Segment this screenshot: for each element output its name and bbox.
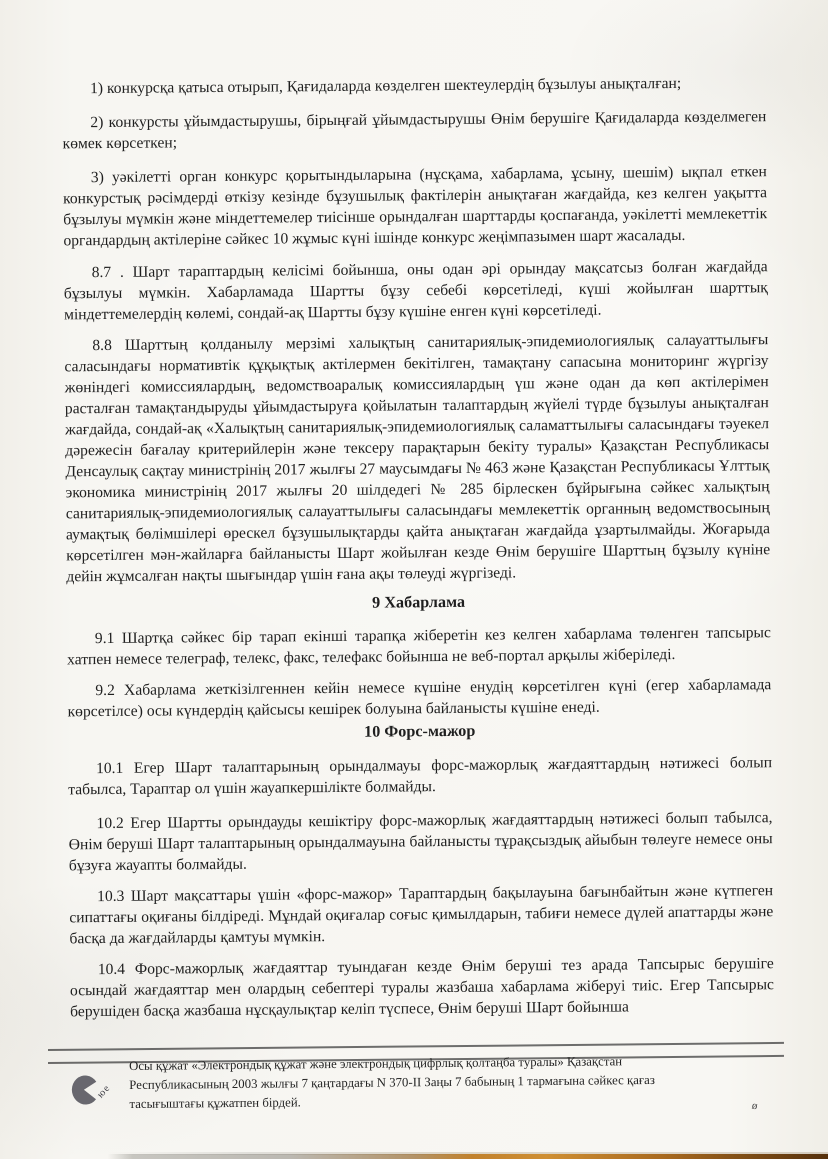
clause-10-4: 10.4 Форс-мажорлық жағдаяттар туындаған … [70, 953, 775, 1022]
section-9-heading: 9 Хабарлама [67, 589, 771, 616]
scanned-contract-page: 1) конкурсқа қатыса отырып, Қағидаларда … [0, 0, 828, 1159]
footer-separator-line-top [48, 1042, 784, 1051]
clause-10-3: 10.3 Шарт мақсаттары үшін «форс-мажор» Т… [69, 880, 774, 949]
clause-8-7: 8.7 . Шарт тараптардың келісімі бойынша,… [64, 256, 769, 325]
footer-legal-note: Осы құжат «Электрондық құжат және электр… [129, 1051, 718, 1114]
scan-bottom-edge [0, 1154, 828, 1159]
clause-3: 3) уәкілетті орган конкурс қорытындылары… [63, 161, 768, 251]
clause-1: 1) конкурсқа қатыса отырып, Қағидаларда … [62, 72, 766, 99]
clause-10-2: 10.2 Егер Шартты орындауды кешіктіру фор… [68, 807, 773, 876]
clause-8-8: 8.8 Шарттың қолданылу мерзімі халықтың с… [64, 329, 770, 587]
clause-9-2: 9.2 Хабарлама жеткізілгеннен кейін немес… [67, 674, 771, 722]
clause-2: 2) конкурсты ұйымдастырушы, бірыңғай ұйы… [62, 106, 766, 154]
clause-9-1: 9.1 Шартқа сәйкес бір тарап екінші тарап… [67, 622, 771, 670]
contract-body: 1) конкурсқа қатыса отырып, Қағидаларда … [62, 72, 774, 1035]
section-10-heading: 10 Форс-мажор [68, 718, 772, 745]
clause-10-1: 10.1 Егер Шарт талаптарының орындалмауы … [68, 752, 772, 800]
scan-artifact-mark: ø [751, 1100, 759, 1113]
